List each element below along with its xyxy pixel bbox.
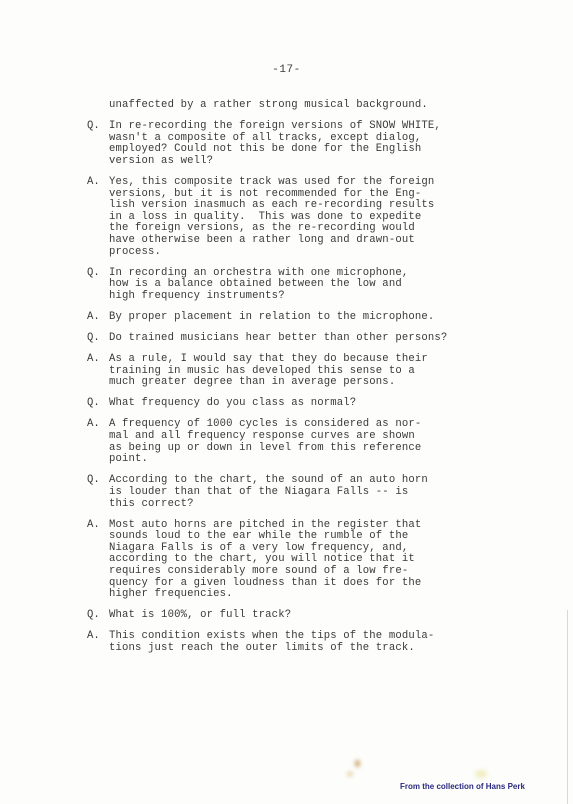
text-line: What is 100%, or full track? — [109, 610, 467, 622]
answer-block: A.This condition exists when the tips of… — [87, 631, 467, 654]
qa-marker: Q. — [87, 333, 109, 345]
text-line: As a rule, I would say that they do beca… — [109, 354, 467, 366]
page-edge — [567, 610, 568, 804]
text-line: point. — [109, 454, 467, 466]
qa-marker: A. — [87, 520, 109, 601]
text-line: is louder than that of the Niagara Falls… — [109, 487, 467, 499]
question-block: Q.What frequency do you class as normal? — [87, 398, 467, 410]
answer-block: A.A frequency of 1000 cycles is consider… — [87, 419, 467, 465]
answer-block: A.By proper placement in relation to the… — [87, 312, 467, 324]
qa-marker: A. — [87, 354, 109, 389]
question-block: Q.What is 100%, or full track? — [87, 610, 467, 622]
question-block: Q.According to the chart, the sound of a… — [87, 475, 467, 510]
text-line: have otherwise been a rather long and dr… — [109, 235, 467, 247]
text-line: high frequency instruments? — [109, 291, 467, 303]
answer-block: A.Most auto horns are pitched in the reg… — [87, 520, 467, 601]
qa-marker: A. — [87, 177, 109, 258]
answer-block: A.Yes, this composite track was used for… — [87, 177, 467, 258]
text-line: By proper placement in relation to the m… — [109, 312, 467, 324]
qa-list: Q.In re-recording the foreign versions o… — [87, 121, 467, 654]
paper-stain — [347, 772, 353, 776]
answer-block: A.As a rule, I would say that they do be… — [87, 354, 467, 389]
document-body: unaffected by a rather strong musical ba… — [87, 100, 467, 655]
text-line: this correct? — [109, 499, 467, 511]
question-block: Q.In re-recording the foreign versions o… — [87, 121, 467, 167]
paper-stain — [475, 770, 487, 778]
text-line: mal and all frequency response curves ar… — [109, 431, 467, 443]
text-line: as being up or down in level from this r… — [109, 443, 467, 455]
text-line: version as well? — [109, 156, 467, 168]
qa-marker: Q. — [87, 121, 109, 167]
text-line: much greater degree than in average pers… — [109, 377, 467, 389]
text-line: requires considerably more sound of a lo… — [109, 566, 467, 578]
text-line: Do trained musicians hear better than ot… — [109, 333, 467, 345]
qa-marker: A. — [87, 631, 109, 654]
qa-marker: A. — [87, 419, 109, 465]
text-line: What frequency do you class as normal? — [109, 398, 467, 410]
qa-marker: Q. — [87, 268, 109, 303]
text-line: process. — [109, 247, 467, 259]
question-block: Q.In recording an orchestra with one mic… — [87, 268, 467, 303]
collection-credit: From the collection of Hans Perk — [400, 782, 525, 791]
text-line: In re-recording the foreign versions of … — [109, 121, 467, 133]
question-block: Q.Do trained musicians hear better than … — [87, 333, 467, 345]
paper-stain — [355, 760, 360, 767]
qa-marker: A. — [87, 312, 109, 324]
page-number: -17- — [0, 64, 573, 76]
qa-marker: Q. — [87, 610, 109, 622]
text-line: tions just reach the outer limits of the… — [109, 643, 467, 655]
text-line: Yes, this composite track was used for t… — [109, 177, 467, 189]
qa-marker: Q. — [87, 475, 109, 510]
text-line: higher frequencies. — [109, 589, 467, 601]
qa-marker: Q. — [87, 398, 109, 410]
continuation-line: unaffected by a rather strong musical ba… — [87, 100, 467, 112]
text-line: lish version inasmuch as each re-recordi… — [109, 200, 467, 212]
